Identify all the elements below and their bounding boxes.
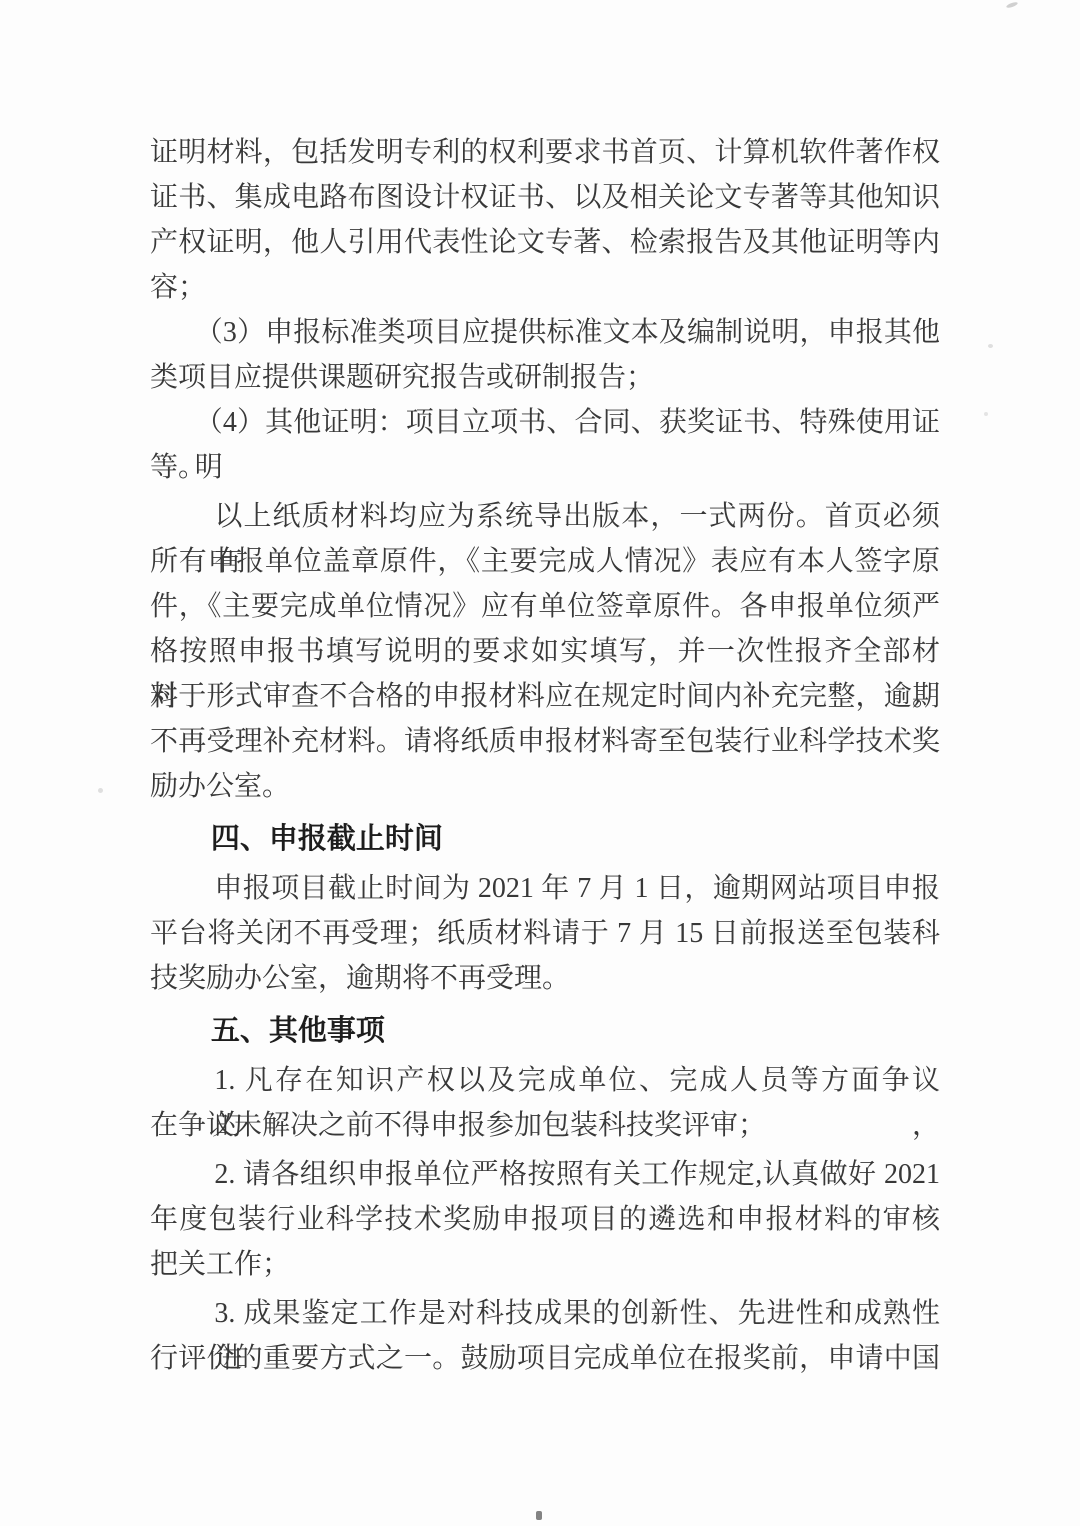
text-line: 所有申报单位盖章原件，《主要完成人情况》表应有本人签字原 (150, 539, 940, 584)
scan-artifact-right-margin (984, 412, 988, 416)
document-page: 证明材料，包括发明专利的权利要求书首页、计算机软件著作权证书、集成电路布图设计权… (0, 0, 1080, 1526)
text-line: 3. 成果鉴定工作是对科技成果的创新性、先进性和成熟性进 (150, 1291, 940, 1336)
text-line: 1. 凡存在知识产权以及完成单位、完成人员等方面争议的， (150, 1058, 940, 1103)
text-line: 平台将关闭不再受理；纸质材料请于 7 月 15 日前报送至包装科 (150, 911, 940, 956)
text-line: 件，《主要完成单位情况》应有单位签章原件。各申报单位须严 (150, 584, 940, 629)
text-line: 容； (150, 265, 940, 310)
text-line: 不再受理补充材料。请将纸质申报材料寄至包装行业科学技术奖 (150, 719, 940, 764)
section-heading: 五、其他事项 (150, 1009, 940, 1054)
text-line: 申报项目截止时间为 2021 年 7 月 1 日，逾期网站项目申报 (150, 866, 940, 911)
text-line: 格按照申报书填写说明的要求如实填写，并一次性报齐全部材料。 (150, 629, 940, 674)
text-line: 对于形式审查不合格的申报材料应在规定时间内补充完整，逾期 (150, 674, 940, 719)
document-text-block: 证明材料，包括发明专利的权利要求书首页、计算机软件著作权证书、集成电路布图设计权… (150, 130, 940, 1381)
section-heading: 四、申报截止时间 (150, 817, 940, 862)
text-line: 行评价的重要方式之一。鼓励项目完成单位在报奖前，申请中国 (150, 1336, 940, 1381)
scan-artifact-top-right (1006, 1, 1019, 9)
text-line: 励办公室。 (150, 764, 940, 809)
text-line: （4）其他证明：项目立项书、合同、获奖证书、特殊使用证明 (150, 400, 940, 445)
text-line: 技奖励办公室，逾期将不再受理。 (150, 956, 940, 1001)
text-line: 等。 (150, 445, 940, 490)
text-line: 产权证明，他人引用代表性论文专著、检索报告及其他证明等内 (150, 220, 940, 265)
text-line: 把关工作； (150, 1242, 940, 1287)
page-footer-mark (536, 1511, 542, 1520)
text-line: 证明材料，包括发明专利的权利要求书首页、计算机软件著作权 (150, 130, 940, 175)
text-line: 证书、集成电路布图设计权证书、以及相关论文专著等其他知识 (150, 175, 940, 220)
text-line: 年度包装行业科学技术奖励申报项目的遴选和申报材料的审核 (150, 1197, 940, 1242)
text-line: 以上纸质材料均应为系统导出版本，一式两份。首页必须有 (150, 494, 940, 539)
text-line: （3）申报标准类项目应提供标准文本及编制说明，申报其他 (150, 310, 940, 355)
scan-artifact-left-margin (98, 788, 103, 793)
text-line: 类项目应提供课题研究报告或研制报告； (150, 355, 940, 400)
scan-artifact-right-margin (988, 344, 993, 348)
text-line: 2. 请各组织申报单位严格按照有关工作规定,认真做好 2021 (150, 1152, 940, 1197)
